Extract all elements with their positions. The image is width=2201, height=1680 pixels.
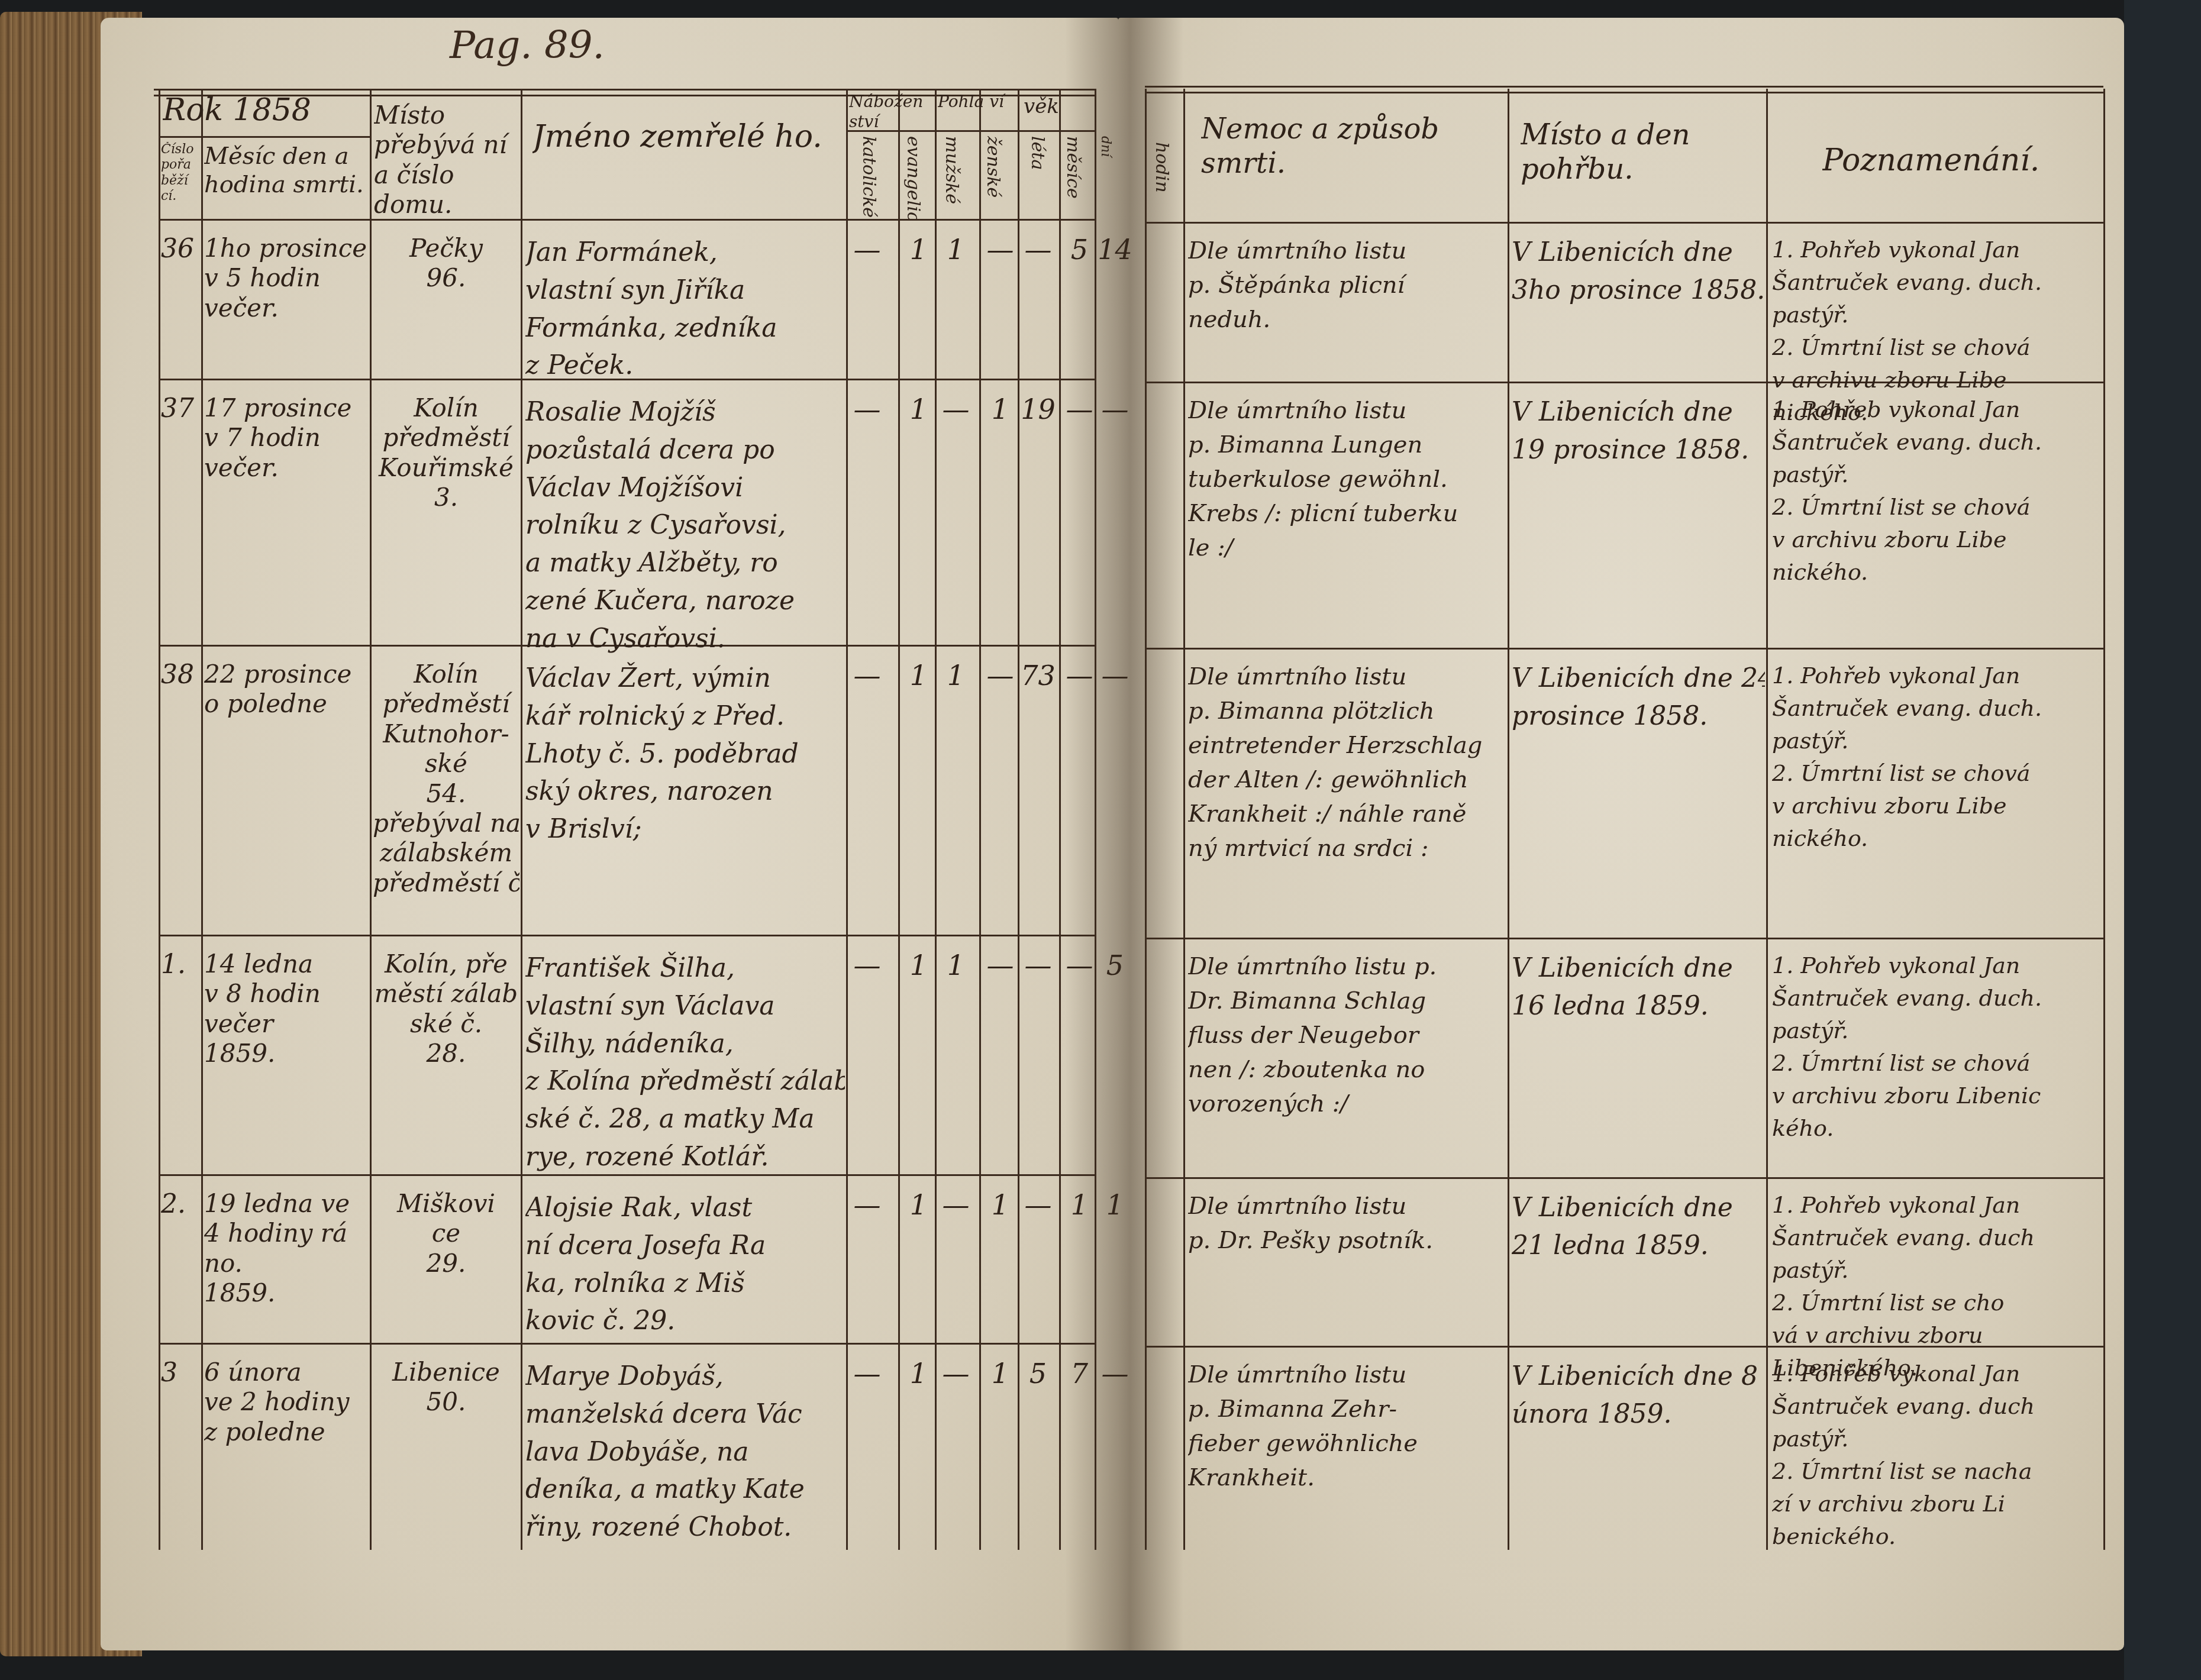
name-line: vlastní syn Václava — [525, 987, 845, 1025]
entry-deceased-name: Jan Formánek,vlastní syn JiříkaFormánka,… — [525, 234, 845, 385]
name-line: Formánka, zedníka — [525, 309, 845, 347]
row-separator — [159, 1343, 1095, 1345]
burial-line: 16 ledna 1859. — [1512, 987, 1765, 1025]
column-rule — [370, 89, 372, 1550]
entry-note: 1. Pohřeb vykonal JanŠantruček evang. du… — [1772, 1358, 2100, 1553]
residence-line: Kolín — [373, 393, 519, 423]
entry-burial: V Libenicích dne21 ledna 1859. — [1512, 1189, 1765, 1265]
header-vek: věk — [1024, 95, 1089, 119]
entry-katol: — — [848, 234, 886, 266]
entry-evang: 1 — [899, 660, 938, 692]
cause-line: p. Bimanna plötzlich — [1188, 694, 1506, 728]
name-line: deníka, a matky Kate — [525, 1471, 845, 1508]
cause-line: fieber gewöhnliche — [1188, 1426, 1506, 1461]
entry-evang: 1 — [899, 234, 938, 266]
date-line: večer — [204, 1009, 369, 1039]
residence-line: 29. — [373, 1249, 519, 1278]
entry-number: 1. — [161, 949, 200, 981]
entry-number: 37 — [161, 393, 200, 425]
note-line: 1. Pohřeb vykonal Jan — [1772, 234, 2100, 266]
date-line: 4 hodiny rá — [204, 1219, 369, 1248]
name-line: ní dcera Josefa Ra — [525, 1227, 845, 1265]
date-line: večer. — [204, 453, 369, 483]
residence-line: zálabském — [373, 838, 519, 868]
note-line: 1. Pohřeb vykonal Jan — [1772, 1189, 2100, 1222]
entry-burial: V Libenicích dne19 prosince 1858. — [1512, 393, 1765, 469]
row-separator-right — [1145, 222, 2103, 224]
entry-muz: — — [937, 1358, 975, 1390]
cause-line: Krebs /: plicní tuberku — [1188, 496, 1506, 531]
note-line: 2. Úmrtní list se chová — [1772, 757, 2100, 790]
burial-line: prosince 1858. — [1512, 697, 1765, 735]
cause-line: Krankheit. — [1188, 1461, 1506, 1495]
entry-katol: — — [848, 949, 886, 982]
header-katolicke: katolické — [858, 136, 879, 219]
residence-line: 3. — [373, 483, 519, 512]
note-line: vá v archivu zboru — [1772, 1319, 2100, 1352]
column-rule — [1095, 89, 1096, 1550]
note-line: pastýř. — [1772, 1423, 2100, 1455]
entry-residence: Libenice50. — [373, 1358, 519, 1417]
name-line: František Šilha, — [525, 949, 845, 987]
note-line: 2. Úmrtní list se nacha — [1772, 1455, 2100, 1488]
note-line: 2. Úmrtní list se chová — [1772, 331, 2100, 364]
entry-burial: V Libenicích dne 8února 1859. — [1512, 1358, 1765, 1433]
entry-muz: — — [937, 1189, 975, 1222]
entry-date: 17 prosincev 7 hodinvečer. — [204, 393, 369, 483]
note-line: benického. — [1772, 1520, 2100, 1553]
note-line: nického. — [1772, 556, 2100, 589]
header-poznamenani: Poznamenání. — [1822, 142, 2094, 179]
cause-line: le :/ — [1188, 531, 1506, 565]
column-rule — [1018, 89, 1019, 1550]
burial-line: 19 prosince 1858. — [1512, 431, 1765, 469]
header-pohreb: Místo a den pohřbu. — [1521, 118, 1757, 186]
residence-line: 28. — [373, 1039, 519, 1068]
name-line: Rosalie Mojžíš — [525, 393, 845, 431]
entry-zen: — — [981, 660, 1019, 692]
cause-line: Dle úmrtního listu — [1188, 1358, 1506, 1392]
entry-residence: Miškovice29. — [373, 1189, 519, 1278]
cause-line: Dle úmrtního listu — [1188, 393, 1506, 428]
row-separator — [159, 935, 1095, 936]
header-misto: Místo přebývá ní a číslo domu. — [374, 101, 519, 220]
entry-cause-of-death: Dle úmrtního listup. Bimanna Lungentuber… — [1188, 393, 1506, 565]
header-hodin: hodin — [1151, 142, 1172, 213]
name-line: Šilhy, nádeníka, — [525, 1025, 845, 1063]
cause-line: der Alten /: gewöhnlich — [1188, 763, 1506, 797]
entry-number: 38 — [161, 660, 200, 691]
note-line: v archivu zboru Libe — [1772, 524, 2100, 556]
entry-zen: — — [981, 949, 1019, 982]
entry-mesice: 1 — [1060, 1189, 1099, 1222]
column-rule-right — [1183, 89, 1185, 1550]
entry-mesice: 5 — [1060, 234, 1099, 266]
burial-line: 3ho prosince 1858. — [1512, 272, 1765, 309]
entry-mesice: — — [1060, 393, 1099, 426]
name-line: rolníku z Cysařovsi, — [525, 506, 845, 544]
note-line: v archivu zboru Libe — [1772, 790, 2100, 822]
entry-leta: 5 — [1019, 1358, 1057, 1390]
entry-number: 2. — [161, 1189, 200, 1220]
header-top-rule — [154, 89, 1095, 91]
column-rule — [159, 89, 160, 1550]
date-line: 1859. — [204, 1039, 369, 1068]
date-line: 17 prosince — [204, 393, 369, 423]
entry-residence: KolínpředměstíKutnohor-ské54.přebýval na… — [373, 660, 519, 898]
date-line: 1ho prosince — [204, 234, 369, 263]
header-leta: léta — [1027, 136, 1048, 219]
date-line: 22 prosince — [204, 660, 369, 689]
entry-residence: KolínpředměstíKouřimské3. — [373, 393, 519, 513]
entry-note: 1. Pohřeb vykonal JanŠantruček evang. du… — [1772, 393, 2100, 589]
cause-line: p. Bimanna Lungen — [1188, 428, 1506, 462]
entry-evang: 1 — [899, 1189, 938, 1222]
note-line: Šantruček evang. duch. — [1772, 426, 2100, 458]
note-line: Šantruček evang. duch — [1772, 1390, 2100, 1423]
entry-note: 1. Pohřeb vykonal JanŠantruček evang. du… — [1772, 949, 2100, 1145]
burial-line: V Libenicích dne 8 — [1512, 1358, 1765, 1395]
cause-line: nen /: zboutenka no — [1188, 1052, 1506, 1087]
date-line: o poledne — [204, 689, 369, 719]
date-line: no. — [204, 1249, 369, 1278]
note-line: Šantruček evang. duch. — [1772, 692, 2100, 725]
residence-line: Libenice — [373, 1358, 519, 1387]
row-separator-right — [1145, 648, 2103, 650]
entry-cause-of-death: Dle úmrtního listup. Bimanna Zehr-fieber… — [1188, 1358, 1506, 1495]
entry-deceased-name: Rosalie Mojžíšpozůstalá dcera poVáclav M… — [525, 393, 845, 658]
cause-line: p. Bimanna Zehr- — [1188, 1392, 1506, 1426]
name-line: Alojsie Rak, vlast — [525, 1189, 845, 1227]
name-line: Václav Mojžíšovi — [525, 469, 845, 507]
date-line: 19 ledna ve — [204, 1189, 369, 1219]
note-line: Šantruček evang. duch — [1772, 1222, 2100, 1254]
row-separator-right — [1145, 1177, 2103, 1179]
name-line: vlastní syn Jiříka — [525, 272, 845, 309]
column-rule — [521, 89, 522, 1550]
name-line: rye, rozené Kotlář. — [525, 1138, 845, 1176]
entry-katol: — — [848, 660, 886, 692]
residence-line: Kolín — [373, 660, 519, 689]
name-line: ské č. 28, a matky Ma — [525, 1100, 845, 1138]
residence-line: předměstí — [373, 423, 519, 453]
entry-deceased-name: Alojsie Rak, vlastní dcera Josefa Raka, … — [525, 1189, 845, 1340]
note-line: pastýř. — [1772, 725, 2100, 757]
entry-leta: — — [1019, 949, 1057, 982]
date-line: večer. — [204, 293, 369, 323]
entry-mesice: — — [1060, 660, 1099, 692]
entry-leta: — — [1019, 1189, 1057, 1222]
note-line: Šantruček evang. duch. — [1772, 982, 2100, 1015]
residence-line: 50. — [373, 1387, 519, 1417]
entry-cause-of-death: Dle úmrtního listup. Dr. Pešky psotník. — [1188, 1189, 1506, 1258]
entry-katol: — — [848, 1358, 886, 1390]
cause-line: p. Dr. Pešky psotník. — [1188, 1223, 1506, 1258]
note-line: pastýř. — [1772, 458, 2100, 491]
entry-date: 1ho prosincev 5 hodinvečer. — [204, 234, 369, 323]
entry-katol: — — [848, 393, 886, 426]
header-zenske: ženské — [982, 136, 1003, 219]
entry-deceased-name: Marye Dobyáš,manželská dcera Václava Dob… — [525, 1358, 845, 1546]
note-line: 2. Úmrtní list se cho — [1772, 1287, 2100, 1319]
residence-line: Pečky — [373, 234, 519, 263]
name-line: a matky Alžběty, ro — [525, 544, 845, 582]
name-line: Jan Formánek, — [525, 234, 845, 272]
burial-line: února 1859. — [1512, 1395, 1765, 1433]
note-line: 1. Pohřeb vykonal Jan — [1772, 1358, 2100, 1390]
header-pohlavi: Pohla ví — [938, 92, 1015, 112]
entry-muz: 1 — [937, 234, 975, 266]
entry-residence: Pečky96. — [373, 234, 519, 293]
year-underline — [159, 136, 370, 138]
header-muzske: mužské — [941, 136, 962, 219]
name-line: ka, rolníka z Miš — [525, 1265, 845, 1303]
name-line: z Kolína předměstí zálab — [525, 1062, 845, 1100]
cause-line: p. Štěpánka plicní — [1188, 268, 1506, 302]
entry-cause-of-death: Dle úmrtního listu p.Dr. Bimanna Schlagf… — [1188, 949, 1506, 1121]
note-line: 2. Úmrtní list se chová — [1772, 491, 2100, 524]
name-line: řiny, rozené Chobot. — [525, 1508, 845, 1546]
burial-line: V Libenicích dne — [1512, 234, 1765, 272]
column-rule-right — [1766, 89, 1768, 1550]
column-rule-right — [1145, 89, 1147, 1550]
header-dni: dní — [1098, 136, 1113, 219]
note-line: v archivu zboru Libenic — [1772, 1080, 2100, 1112]
date-line: 6 února — [204, 1358, 369, 1387]
note-line: pastýř. — [1772, 299, 2100, 331]
column-rule-right — [1508, 89, 1509, 1550]
page-number: Pag. 89. — [450, 24, 605, 67]
residence-line: předměstí — [373, 689, 519, 719]
year-header: Rok 1858 — [163, 92, 367, 128]
note-line: pastýř. — [1772, 1015, 2100, 1047]
entry-mesice: 7 — [1060, 1358, 1099, 1390]
row-separator — [159, 219, 1095, 221]
date-line: v 8 hodin — [204, 979, 369, 1009]
note-line: kého. — [1772, 1112, 2100, 1145]
residence-line: městí zálab — [373, 979, 519, 1009]
entry-number: 3 — [161, 1358, 200, 1389]
entry-leta: 19 — [1019, 393, 1057, 426]
residence-line: předměstí č. 97. — [373, 868, 519, 898]
name-line: Václav Žert, výmin — [525, 660, 845, 697]
burial-line: V Libenicích dne — [1512, 393, 1765, 431]
name-line: ský okres, narozen — [525, 773, 845, 810]
note-line: v archivu zboru Libe — [1772, 364, 2100, 396]
entry-zen: 1 — [981, 1189, 1019, 1222]
entry-number: 36 — [161, 234, 200, 265]
cause-line: tuberkulose gewöhnl. — [1188, 462, 1506, 496]
name-line: kovic č. 29. — [525, 1302, 845, 1340]
note-line: nického. — [1772, 822, 2100, 855]
header-evangelicke: evangelické — [902, 136, 924, 219]
entry-residence: Kolín, přeměstí zálabské č.28. — [373, 949, 519, 1069]
entry-leta: — — [1019, 234, 1057, 266]
entry-note: 1. Pohřeb vykonal JanŠantruček evang. du… — [1772, 1189, 2100, 1385]
date-line: z poledne — [204, 1417, 369, 1447]
column-rule-right — [2103, 89, 2105, 1550]
burial-line: V Libenicích dne — [1512, 1189, 1765, 1227]
entry-katol: — — [848, 1189, 886, 1222]
entry-evang: 1 — [899, 1358, 938, 1390]
name-line: v Brislví; — [525, 810, 845, 848]
entry-dni: 5 — [1096, 949, 1134, 982]
entry-zen: — — [981, 234, 1019, 266]
entry-date: 22 prosinceo poledne — [204, 660, 369, 719]
cause-line: Dle úmrtního listu — [1188, 660, 1506, 694]
date-line: 1859. — [204, 1278, 369, 1308]
cause-line: Krankheit :/ náhle raně — [1188, 797, 1506, 831]
entry-deceased-name: Václav Žert, výminkář rolnický z Před.Lh… — [525, 660, 845, 848]
cause-line: eintretender Herzschlag — [1188, 728, 1506, 763]
entry-date: 19 ledna ve4 hodiny ráno.1859. — [204, 1189, 369, 1309]
residence-line: Kutnohor- — [373, 719, 519, 749]
cause-line: vorozených :/ — [1188, 1087, 1506, 1121]
date-line: v 5 hodin — [204, 263, 369, 293]
cause-line: Dle úmrtního listu — [1188, 1189, 1506, 1223]
column-rule — [846, 89, 848, 1550]
entry-date: 14 lednav 8 hodinvečer1859. — [204, 949, 369, 1069]
cause-line: neduh. — [1188, 302, 1506, 337]
entry-dni: 1 — [1096, 1189, 1134, 1222]
header-nemoc: Nemoc a způsob smrti. — [1201, 112, 1497, 180]
entry-dni: — — [1096, 393, 1134, 426]
note-line: 1. Pohřeb vykonal Jan — [1772, 660, 2100, 692]
date-line: v 7 hodin — [204, 423, 369, 453]
row-separator-right — [1145, 938, 2103, 939]
cause-line: Dle úmrtního listu — [1188, 234, 1506, 268]
note-line: zí v archivu zboru Li — [1772, 1488, 2100, 1520]
note-line: 1. Pohřeb vykonal Jan — [1772, 393, 2100, 426]
residence-line: Miškovi — [373, 1189, 519, 1219]
note-line: Šantruček evang. duch. — [1772, 266, 2100, 299]
name-line: kář rolnický z Před. — [525, 697, 845, 735]
residence-line: 96. — [373, 263, 519, 293]
book-cover — [2124, 0, 2201, 1680]
note-line: 2. Úmrtní list se chová — [1772, 1047, 2100, 1080]
entry-dni: — — [1096, 1358, 1134, 1390]
entry-dni: 14 — [1096, 234, 1134, 266]
entry-burial: V Libenicích dne 24prosince 1858. — [1512, 660, 1765, 735]
column-rule — [935, 89, 937, 1550]
cause-line: fluss der Neugebor — [1188, 1018, 1506, 1052]
entry-evang: 1 — [899, 393, 938, 426]
name-line: Marye Dobyáš, — [525, 1358, 845, 1395]
cause-line: Dle úmrtního listu p. — [1188, 949, 1506, 984]
cause-line: Dr. Bimanna Schlag — [1188, 984, 1506, 1018]
residence-line: ské č. — [373, 1009, 519, 1039]
name-line: z Peček. — [525, 347, 845, 385]
burial-line: V Libenicích dne 24 — [1512, 660, 1765, 697]
entry-date: 6 únorave 2 hodinyz poledne — [204, 1358, 369, 1447]
entry-deceased-name: František Šilha,vlastní syn VáclavaŠilhy… — [525, 949, 845, 1176]
entry-zen: 1 — [981, 1358, 1019, 1390]
burial-line: 21 ledna 1859. — [1512, 1227, 1765, 1265]
note-line: pastýř. — [1772, 1254, 2100, 1287]
entry-evang: 1 — [899, 949, 938, 982]
entry-muz: 1 — [937, 660, 975, 692]
column-rule — [1059, 89, 1061, 1550]
entry-cause-of-death: Dle úmrtního listup. Štěpánka plicnínedu… — [1188, 234, 1506, 337]
header-mesice: měsíce — [1062, 136, 1083, 219]
entry-leta: 73 — [1019, 660, 1057, 692]
residence-line: ské — [373, 749, 519, 778]
entry-muz: 1 — [937, 949, 975, 982]
date-line: 14 ledna — [204, 949, 369, 979]
header-cislo: Číslo pořa běží cí. — [161, 142, 200, 205]
column-rule — [201, 89, 203, 1550]
header-mesic: Měsíc den a hodina smrti. — [204, 142, 367, 199]
name-line: pozůstalá dcera po — [525, 431, 845, 469]
name-line: na v Cysařovsi. — [525, 620, 845, 658]
header-nabozenstvi: Nábožen ství — [849, 92, 933, 131]
name-line: lava Dobyáše, na — [525, 1433, 845, 1471]
residence-line: přebýval na — [373, 809, 519, 838]
entry-mesice: — — [1060, 949, 1099, 982]
name-line: manželská dcera Vác — [525, 1395, 845, 1433]
note-line: 1. Pohřeb vykonal Jan — [1772, 949, 2100, 982]
entry-dni: — — [1096, 660, 1134, 692]
entry-burial: V Libenicích dne16 ledna 1859. — [1512, 949, 1765, 1025]
burial-line: V Libenicích dne — [1512, 949, 1765, 987]
header-top-rule-right — [1145, 86, 2103, 88]
name-line: Lhoty č. 5. poděbrad — [525, 735, 845, 773]
residence-line: ce — [373, 1219, 519, 1248]
entry-note: 1. Pohřeb vykonal JanŠantruček evang. du… — [1772, 660, 2100, 855]
name-line: zené Kučera, naroze — [525, 582, 845, 620]
column-rule — [898, 89, 900, 1550]
residence-line: Kolín, pře — [373, 949, 519, 979]
column-rule — [979, 89, 981, 1550]
header-jmeno: Jméno zemřelé ho. — [532, 118, 840, 155]
entry-muz: — — [937, 393, 975, 426]
entry-burial: V Libenicích dne3ho prosince 1858. — [1512, 234, 1765, 309]
cause-line: ný mrtvicí na srdci : — [1188, 831, 1506, 865]
residence-line: Kouřimské — [373, 453, 519, 483]
date-line: ve 2 hodiny — [204, 1387, 369, 1417]
entry-cause-of-death: Dle úmrtního listup. Bimanna plötzlichei… — [1188, 660, 1506, 865]
residence-line: 54. — [373, 779, 519, 809]
entry-zen: 1 — [981, 393, 1019, 426]
